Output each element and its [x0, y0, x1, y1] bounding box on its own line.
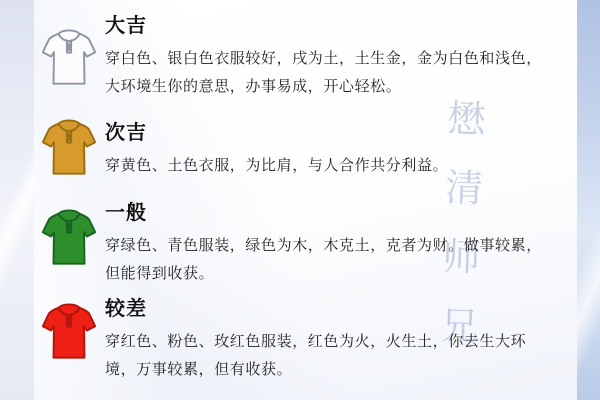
section-text-line: 穿红色、粉色、玫红色服装，红色为火，火生土，你去生大环 [105, 328, 583, 356]
section-title: 大吉 [105, 14, 583, 38]
fortune-section-jiaocha: 较差 穿红色、粉色、玫红色服装，红色为火，火生土，你去生大环 境，万事较累，但有… [105, 297, 583, 384]
section-text-line: 境，万事较累，但有收获。 [105, 356, 583, 384]
section-text-line: 穿绿色、青色服装，绿色为木，木克土，克者为财。做事较累， [105, 232, 583, 260]
section-title: 较差 [105, 297, 583, 321]
fortune-section-yiban: 一般 穿绿色、青色服装，绿色为木，木克土，克者为财。做事较累， 但能得到收获。 [105, 201, 583, 288]
section-text-line: 穿白色、银白色衣服较好，戌为土，土生金，金为白色和浅色， [105, 45, 583, 73]
section-text-line: 穿黄色、土色衣服，为比肩，与人合作共分利益。 [105, 152, 583, 180]
section-text-line: 但能得到收获。 [105, 260, 583, 288]
fortune-section-daji: 大吉 穿白色、银白色衣服较好，戌为土，土生金，金为白色和浅色， 大环境生你的意思… [105, 14, 583, 101]
tshirt-yellow-icon [38, 117, 100, 181]
tshirt-green-icon [38, 207, 100, 271]
tshirt-red-icon [38, 301, 100, 365]
section-title: 一般 [105, 201, 583, 225]
tshirt-white-icon [38, 27, 100, 91]
section-title: 次吉 [105, 121, 583, 145]
fortune-section-ciji: 次吉 穿黄色、土色衣服，为比肩，与人合作共分利益。 [105, 121, 583, 180]
section-text-line: 大环境生你的意思，办事易成，开心轻松。 [105, 73, 583, 101]
background-left-band [0, 0, 36, 400]
